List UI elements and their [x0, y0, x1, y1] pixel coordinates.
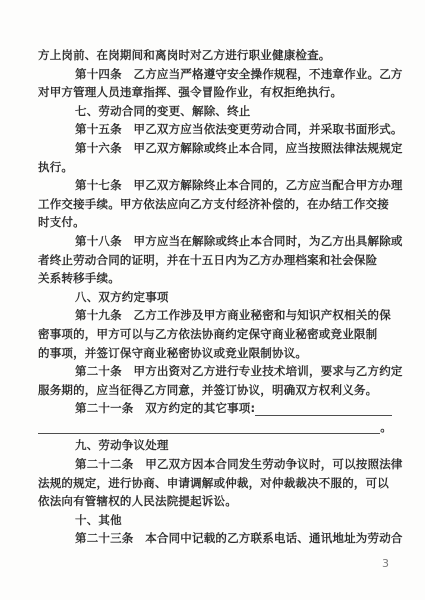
line-text: 对甲方管理人员违章指挥、强令冒险作业，有权拒绝执行。 — [38, 83, 342, 102]
text-line: 法规的规定，进行协商、申请调解或仲裁，对仲裁裁决不服的，可以 — [38, 474, 392, 493]
contract-page: 方上岗前、在岗期间和离岗时对乙方进行职业健康检查。 第十四条 乙方应当严格遵守安… — [0, 0, 425, 600]
line-text: 第十七条 甲乙双方解除终止本合同的，乙方应当配合甲方办理 — [75, 176, 403, 195]
line-text: 时支付。 — [38, 213, 85, 232]
line-text: 第二十三条 本合同中记载的乙方联系电话、通讯地址为劳动合 — [75, 529, 403, 548]
text-line: 八、双方约定事项 — [38, 288, 392, 307]
line-text: 依法向有管辖权的人民法院提起诉讼。 — [38, 492, 237, 511]
line-text: 方上岗前、在岗期间和离岗时对乙方进行职业健康检查。 — [38, 46, 331, 65]
text-line: 第二十条 甲方出资对乙方进行专业技术培训，要求与乙方约定 — [38, 362, 392, 381]
text-line: 第十八条 甲方应当在解除或终止本合同时，为乙方出具解除或 — [38, 232, 392, 251]
line-text: 第二十条 甲方出资对乙方进行专业技术培训，要求与乙方约定 — [75, 362, 403, 381]
text-line: 的事项，并签订保守商业秘密协议或竞业限制协议。 — [38, 344, 392, 363]
line-text: 者终止劳动合同的证明，并在十五日内为乙方办理档案和社会保险 — [38, 251, 377, 270]
text-line: 。 — [38, 418, 392, 437]
text-line: 者终止劳动合同的证明，并在十五日内为乙方办理档案和社会保险 — [38, 251, 392, 270]
line-text: 第十九条 乙方工作涉及甲方商业秘密和与知识产权相关的保 — [75, 306, 391, 325]
line-text: 密事项的，甲方可以与乙方依法协商约定保守商业秘密或竞业限制 — [38, 325, 377, 344]
text-line: 关系转移手续。 — [38, 269, 392, 288]
text-line: 七、劳动合同的变更、解除、终止 — [38, 102, 392, 121]
blank-underline — [255, 401, 392, 416]
line-text: 关系转移手续。 — [38, 269, 120, 288]
blank-underline — [38, 419, 380, 434]
line-text: 的事项，并签订保守商业秘密协议或竞业限制协议。 — [38, 344, 307, 363]
text-line: 对甲方管理人员违章指挥、强令冒险作业，有权拒绝执行。 — [38, 83, 392, 102]
page-number: 3 — [382, 557, 389, 570]
line-text: 执行。 — [38, 158, 73, 177]
text-line: 时支付。 — [38, 213, 392, 232]
text-line: 第二十三条 本合同中记载的乙方联系电话、通讯地址为劳动合 — [38, 529, 392, 548]
text-line: 第十六条 甲乙双方解除或终止本合同，应当按照法律法规规定 — [38, 139, 392, 158]
text-line: 第十九条 乙方工作涉及甲方商业秘密和与知识产权相关的保 — [38, 306, 392, 325]
text-line: 十、其他 — [38, 511, 392, 530]
text-line: 第十五条 甲乙双方应当依法变更劳动合同，并采取书面形式。 — [38, 120, 392, 139]
text-line: 第十四条 乙方应当严格遵守安全操作规程，不违章作业。乙方 — [38, 65, 392, 84]
text-line: 第二十一条 双方约定的其它事项: — [38, 399, 392, 418]
line-text: 第二十一条 双方约定的其它事项: — [75, 399, 255, 418]
line-text: 法规的规定，进行协商、申请调解或仲裁，对仲裁裁决不服的，可以 — [38, 474, 389, 493]
text-line: 九、劳动争议处理 — [38, 436, 392, 455]
line-text: 第十六条 甲乙双方解除或终止本合同，应当按照法律法规规定 — [75, 139, 403, 158]
text-line: 第二十二条 甲乙双方因本合同发生劳动争议时，可以按照法律 — [38, 455, 392, 474]
text-line: 服务期的，应当征得乙方同意，并签订协议，明确双方权利义务。 — [38, 381, 392, 400]
contract-body-text: 方上岗前、在岗期间和离岗时对乙方进行职业健康检查。 第十四条 乙方应当严格遵守安… — [38, 46, 392, 548]
line-tail-text: 。 — [380, 418, 392, 437]
line-text: 九、劳动争议处理 — [75, 436, 169, 455]
line-text: 服务期的，应当征得乙方同意，并签订协议，明确双方权利义务。 — [38, 381, 377, 400]
text-line: 依法向有管辖权的人民法院提起诉讼。 — [38, 492, 392, 511]
line-text: 第二十二条 甲乙双方因本合同发生劳动争议时，可以按照法律 — [75, 455, 403, 474]
line-text: 工作交接手续。甲方依法应向乙方支付经济补偿的，在办结工作交接 — [38, 195, 389, 214]
line-text: 第十五条 甲乙双方应当依法变更劳动合同，并采取书面形式。 — [75, 120, 403, 139]
line-text: 第十八条 甲方应当在解除或终止本合同时，为乙方出具解除或 — [75, 232, 403, 251]
line-text: 八、双方约定事项 — [75, 288, 169, 307]
text-line: 第十七条 甲乙双方解除终止本合同的，乙方应当配合甲方办理 — [38, 176, 392, 195]
text-line: 执行。 — [38, 158, 392, 177]
line-text: 十、其他 — [75, 511, 122, 530]
text-line: 方上岗前、在岗期间和离岗时对乙方进行职业健康检查。 — [38, 46, 392, 65]
line-text: 七、劳动合同的变更、解除、终止 — [75, 102, 251, 121]
text-line: 工作交接手续。甲方依法应向乙方支付经济补偿的，在办结工作交接 — [38, 195, 392, 214]
line-text: 第十四条 乙方应当严格遵守安全操作规程，不违章作业。乙方 — [75, 65, 403, 84]
text-line: 密事项的，甲方可以与乙方依法协商约定保守商业秘密或竞业限制 — [38, 325, 392, 344]
